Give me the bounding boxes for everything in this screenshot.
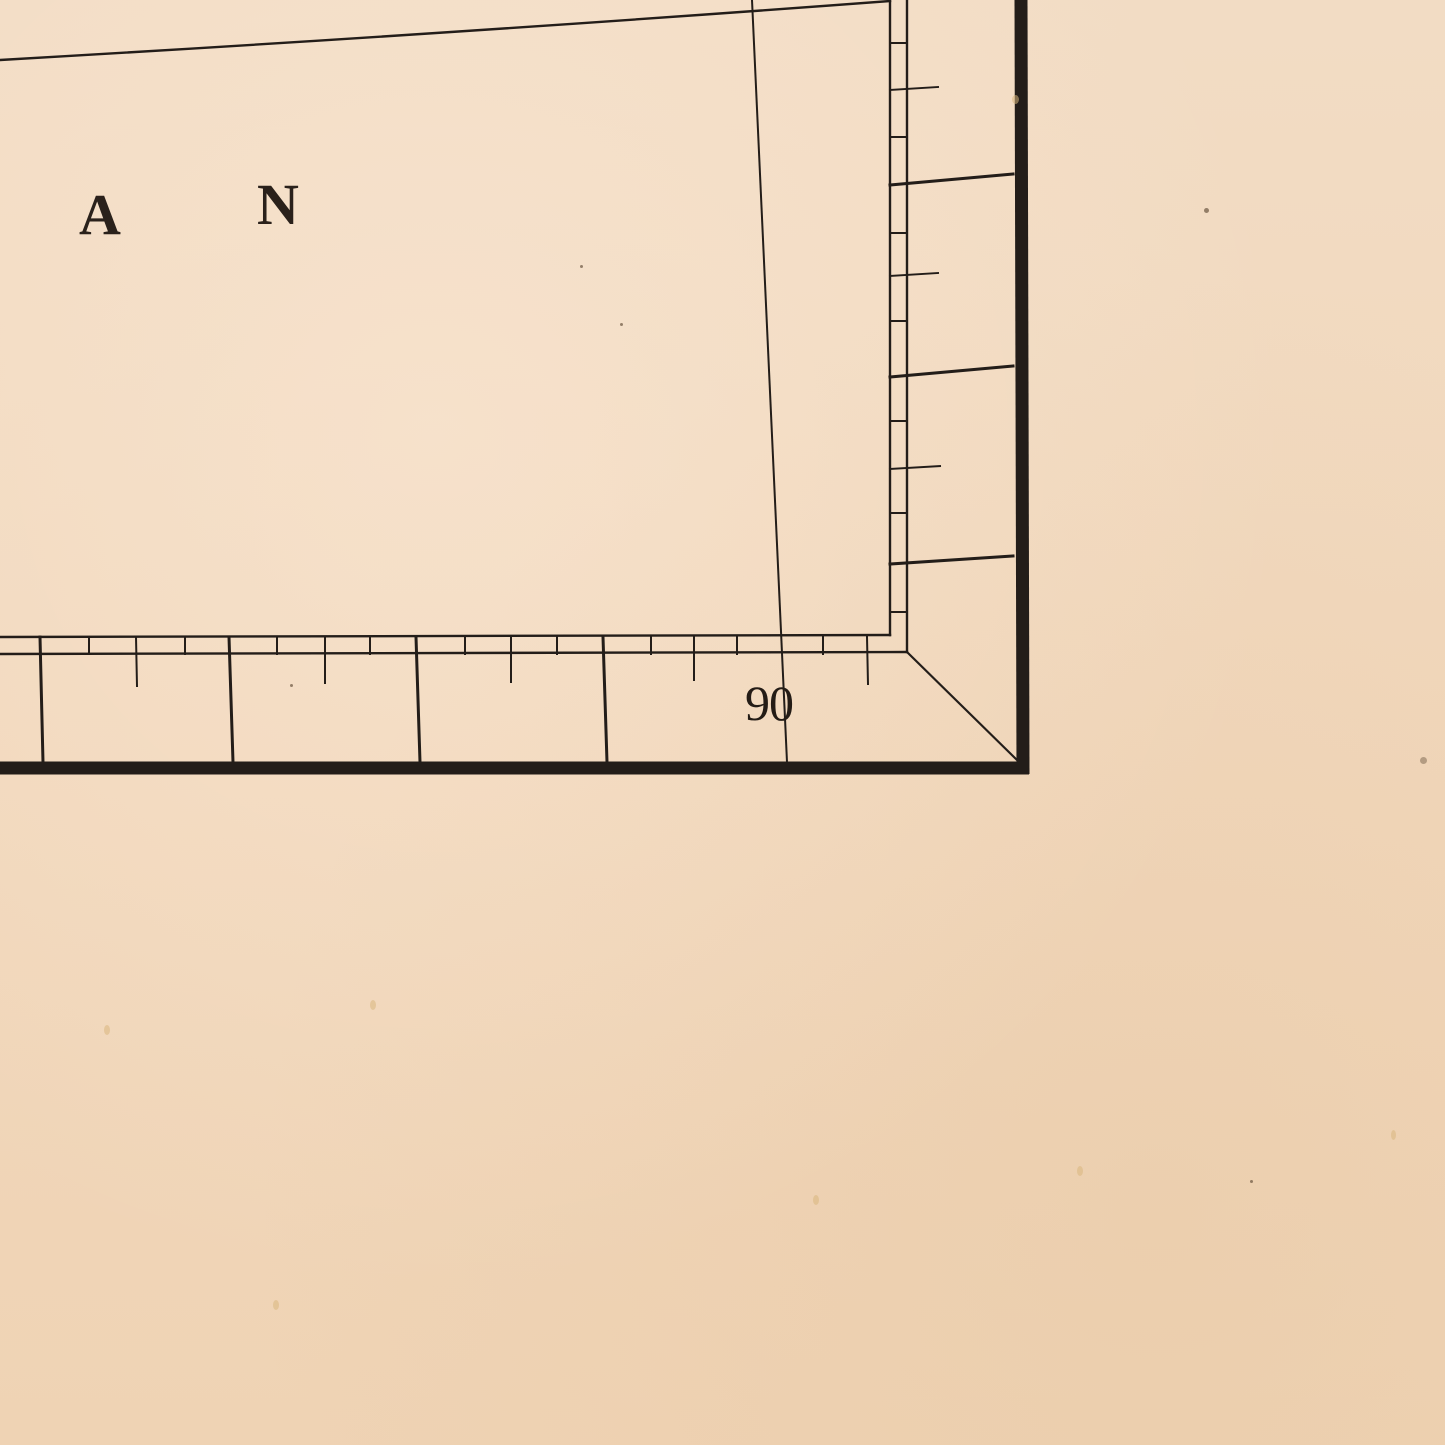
paper-speck [1420,757,1427,764]
map-border-graphic [0,0,1445,1445]
paper-stain [273,1300,279,1310]
ocean-label-letter-a: A [79,186,121,244]
paper-stain [1012,95,1019,104]
paper-stain [104,1025,110,1035]
right-major-ticks [890,174,1013,564]
map-sheet: A N 90 [0,0,1445,1445]
longitude-degree-label: 90 [745,678,793,728]
ocean-label-letter-n: N [257,176,299,234]
paper-stain [370,1000,376,1010]
paper-stain [1077,1166,1083,1176]
bottom-major-ticks [40,637,607,762]
right-scale-divisions [890,43,907,612]
paper-speck [620,323,623,326]
paper-speck [580,265,583,268]
paper-speck [1204,208,1209,213]
paper-stain [813,1195,819,1205]
corner-bevel [907,652,1017,760]
paper-speck [290,684,293,687]
right-minor-ticks [890,87,940,469]
paper-stain [1391,1130,1396,1140]
parallel-line [0,1,890,60]
inner-neat-line-bottom [0,635,890,637]
paper-speck [1250,1180,1253,1183]
outer-frame-right [1021,0,1023,774]
meridian-line [752,0,787,762]
